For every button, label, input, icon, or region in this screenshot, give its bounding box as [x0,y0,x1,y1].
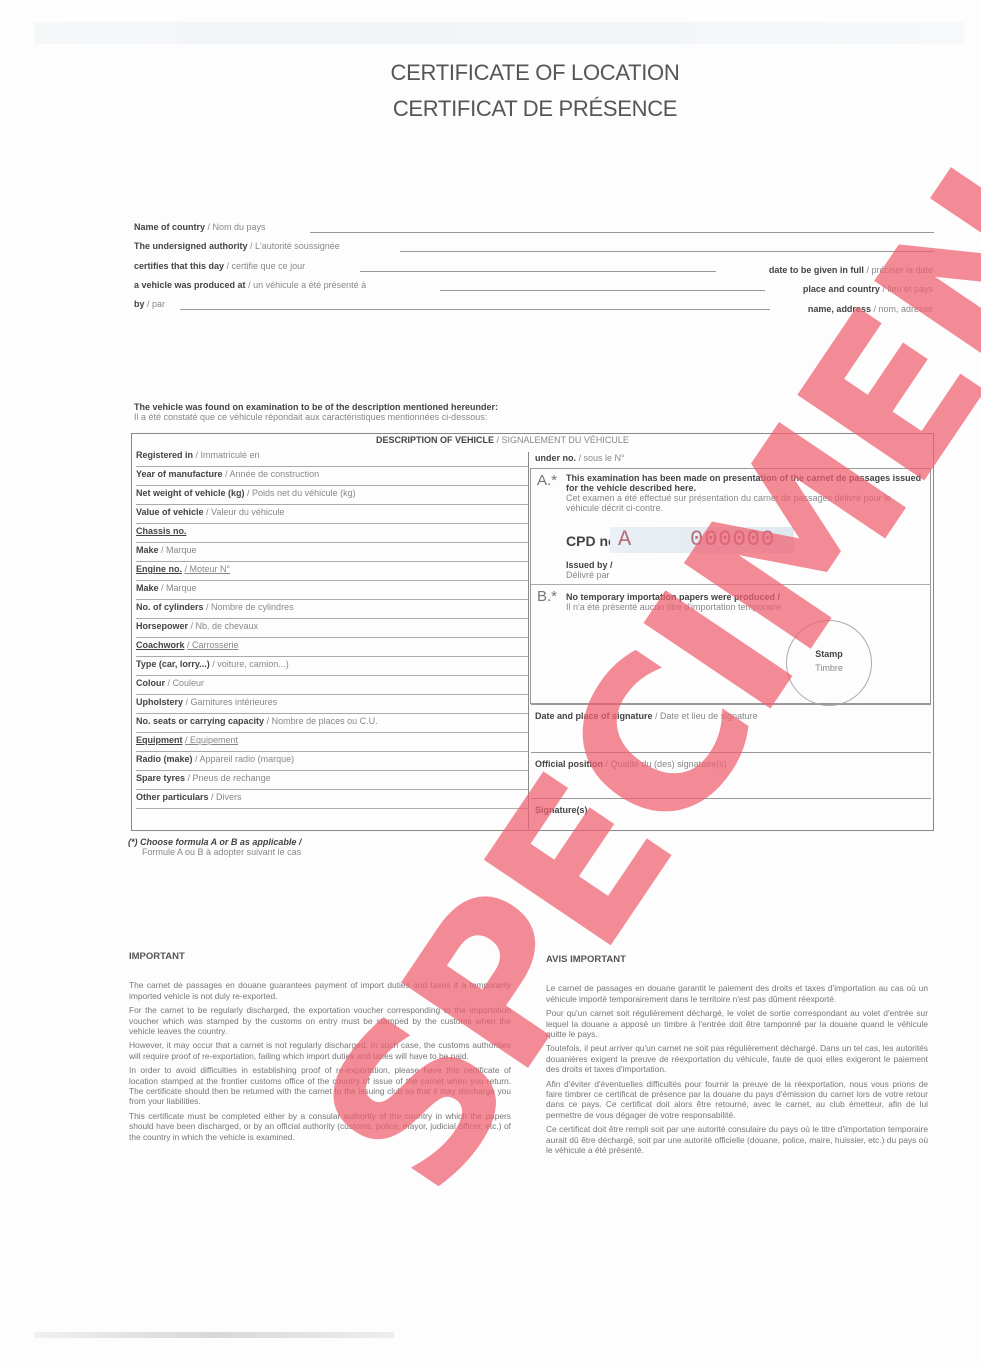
vehicle-field[interactable]: Spare tyres / Pneus de rechange [136,771,528,790]
vehicle-field[interactable]: Make / Marque [136,543,528,562]
vehicle-field[interactable]: Make / Marque [136,581,528,600]
option-b-text: No temporary importation papers were pro… [566,592,781,612]
option-a-letter: A.* [537,472,557,489]
important-paragraph: However, it may occur that a carnet is n… [129,1040,511,1061]
vehicle-field[interactable]: Value of vehicle / Valeur du véhicule [136,505,528,524]
vehicle-field[interactable]: Colour / Couleur [136,676,528,695]
important-paragraph: Ce certificat doit être rempli soit par … [546,1124,928,1155]
vehicle-field[interactable]: No. seats or carrying capacity / Nombre … [136,714,528,733]
vehicle-field[interactable]: Net weight of vehicle (kg) / Poids net d… [136,486,528,505]
option-b-letter: B.* [537,588,557,605]
important-paragraph: For the carnet to be regularly discharge… [129,1005,511,1036]
vehicle-field[interactable]: Year of manufacture / Année de construct… [136,467,528,486]
header-field-input[interactable] [310,232,934,233]
vehicle-field[interactable]: Equipment / Equipement [136,733,528,752]
important-paragraph: This certificate must be completed eithe… [129,1111,511,1142]
vehicle-field[interactable]: No. of cylinders / Nombre de cylindres [136,600,528,619]
important-fr-heading: AVIS IMPORTANT [546,955,928,965]
important-paragraph: Le carnet de passages en douane garantit… [546,983,928,1004]
cpd-number: 000000 [690,527,775,552]
vehicle-field[interactable]: Engine no. / Moteur N° [136,562,528,581]
footnote: (*) Choose formula A or B as applicable … [128,837,301,857]
header-field-label: by / par [134,299,165,309]
vehicle-field[interactable]: Chassis no. [136,524,528,543]
header-field-label: certifies that this day / certifie que c… [134,261,305,271]
header-field-input[interactable] [360,271,716,272]
title-en: CERTIFICATE OF LOCATION [0,60,981,86]
vehicle-field[interactable]: Coachwork / Carrosserie [136,638,528,657]
header-right-label: name, address / nom, adresse [808,304,933,314]
stamp-circle: Stamp Timbre [786,620,872,706]
official-position-field[interactable]: Official position / Qualité du (des) sig… [531,752,931,798]
under-no-field[interactable]: under no. / sous le N° [535,453,625,463]
important-paragraph: Toutefois, il peut arriver qu'un carnet … [546,1043,928,1074]
header-field-input[interactable] [440,290,765,291]
cpd-prefix: A [618,527,631,552]
vehicle-field[interactable]: Other particulars / Divers [136,790,528,809]
important-fr: AVIS IMPORTANT Le carnet de passages en … [546,955,928,1160]
vehicle-field[interactable]: Type (car, lorry...) / voiture, camion..… [136,657,528,676]
issued-by-field[interactable]: Issued by / Délivré par [566,560,613,580]
scan-bottom-band [34,1332,394,1338]
vehicle-field[interactable]: Radio (make) / Appareil radio (marque) [136,752,528,771]
date-place-signature-field[interactable]: Date and place of signature / Date et li… [531,704,931,752]
scan-top-band [34,22,964,44]
option-divider [531,584,931,585]
header-field-input[interactable] [180,309,770,310]
important-paragraph: Pour qu'un carnet soit régulièrement déc… [546,1008,928,1039]
vehicle-field[interactable]: Upholstery / Garnitures intérieures [136,695,528,714]
title-fr: CERTIFICAT DE PRÉSENCE [0,96,981,122]
description-title: DESCRIPTION OF VEHICLE / SIGNALEMENT DU … [376,435,629,445]
header-field-label: The undersigned authority / L'autorité s… [134,241,340,251]
header-field-label: a vehicle was produced at / un véhicule … [134,280,366,290]
vehicle-field[interactable]: Horsepower / Nb. de chevaux [136,619,528,638]
important-en: IMPORTANT The carnet de passages en doua… [129,952,511,1146]
important-en-heading: IMPORTANT [129,952,511,962]
header-field-label: Name of country / Nom du pays [134,222,266,232]
vehicle-field[interactable]: Registered in / Immatriculé en [136,448,528,467]
intro-text: The vehicle was found on examination to … [134,402,498,422]
header-right-label: place and country / lieu et pays [803,284,933,294]
important-paragraph: In order to avoid difficulties in establ… [129,1065,511,1107]
cpd-number-field[interactable]: A 000000 [610,527,794,553]
signatures-field[interactable]: Signature(s) [531,798,931,829]
column-divider [528,452,529,829]
important-paragraph: Afin d'éviter d'éventuelles difficultés … [546,1079,928,1121]
option-a-text: This examination has been made on presen… [566,473,926,513]
header-right-label: date to be given in full / préciser la d… [769,265,933,275]
important-paragraph: The carnet de passages en douane guarant… [129,980,511,1001]
header-field-input[interactable] [400,251,934,252]
